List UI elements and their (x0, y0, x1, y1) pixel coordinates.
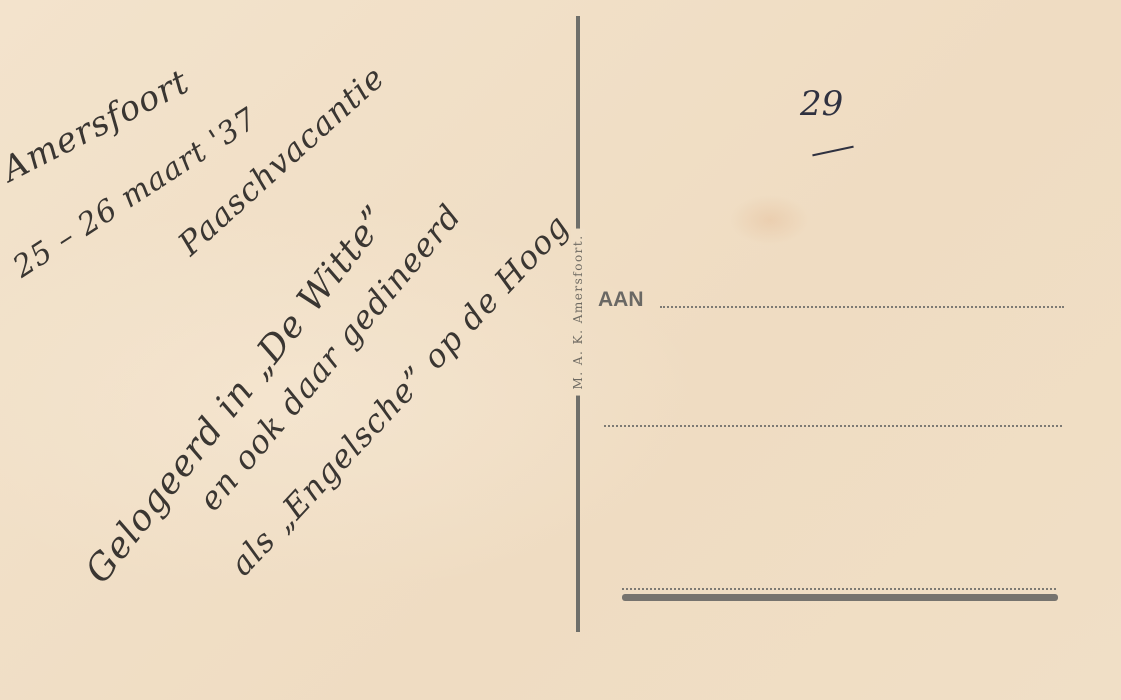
address-line-1 (660, 306, 1064, 308)
reference-number: 29 (800, 84, 843, 124)
handwritten-line-stayed: Gelogeerd in „De Witte” (78, 198, 398, 591)
postcard-back: Amersfoort 25 – 26 maart '37 Paaschvacan… (0, 0, 1121, 700)
address-line-3 (622, 588, 1056, 590)
address-line-2 (604, 425, 1062, 427)
address-underline-bar (622, 594, 1058, 601)
reference-number-underline (812, 146, 853, 157)
address-label: AAN (598, 288, 644, 312)
publisher-imprint: M. A. K. Amersfoort. (571, 228, 585, 395)
